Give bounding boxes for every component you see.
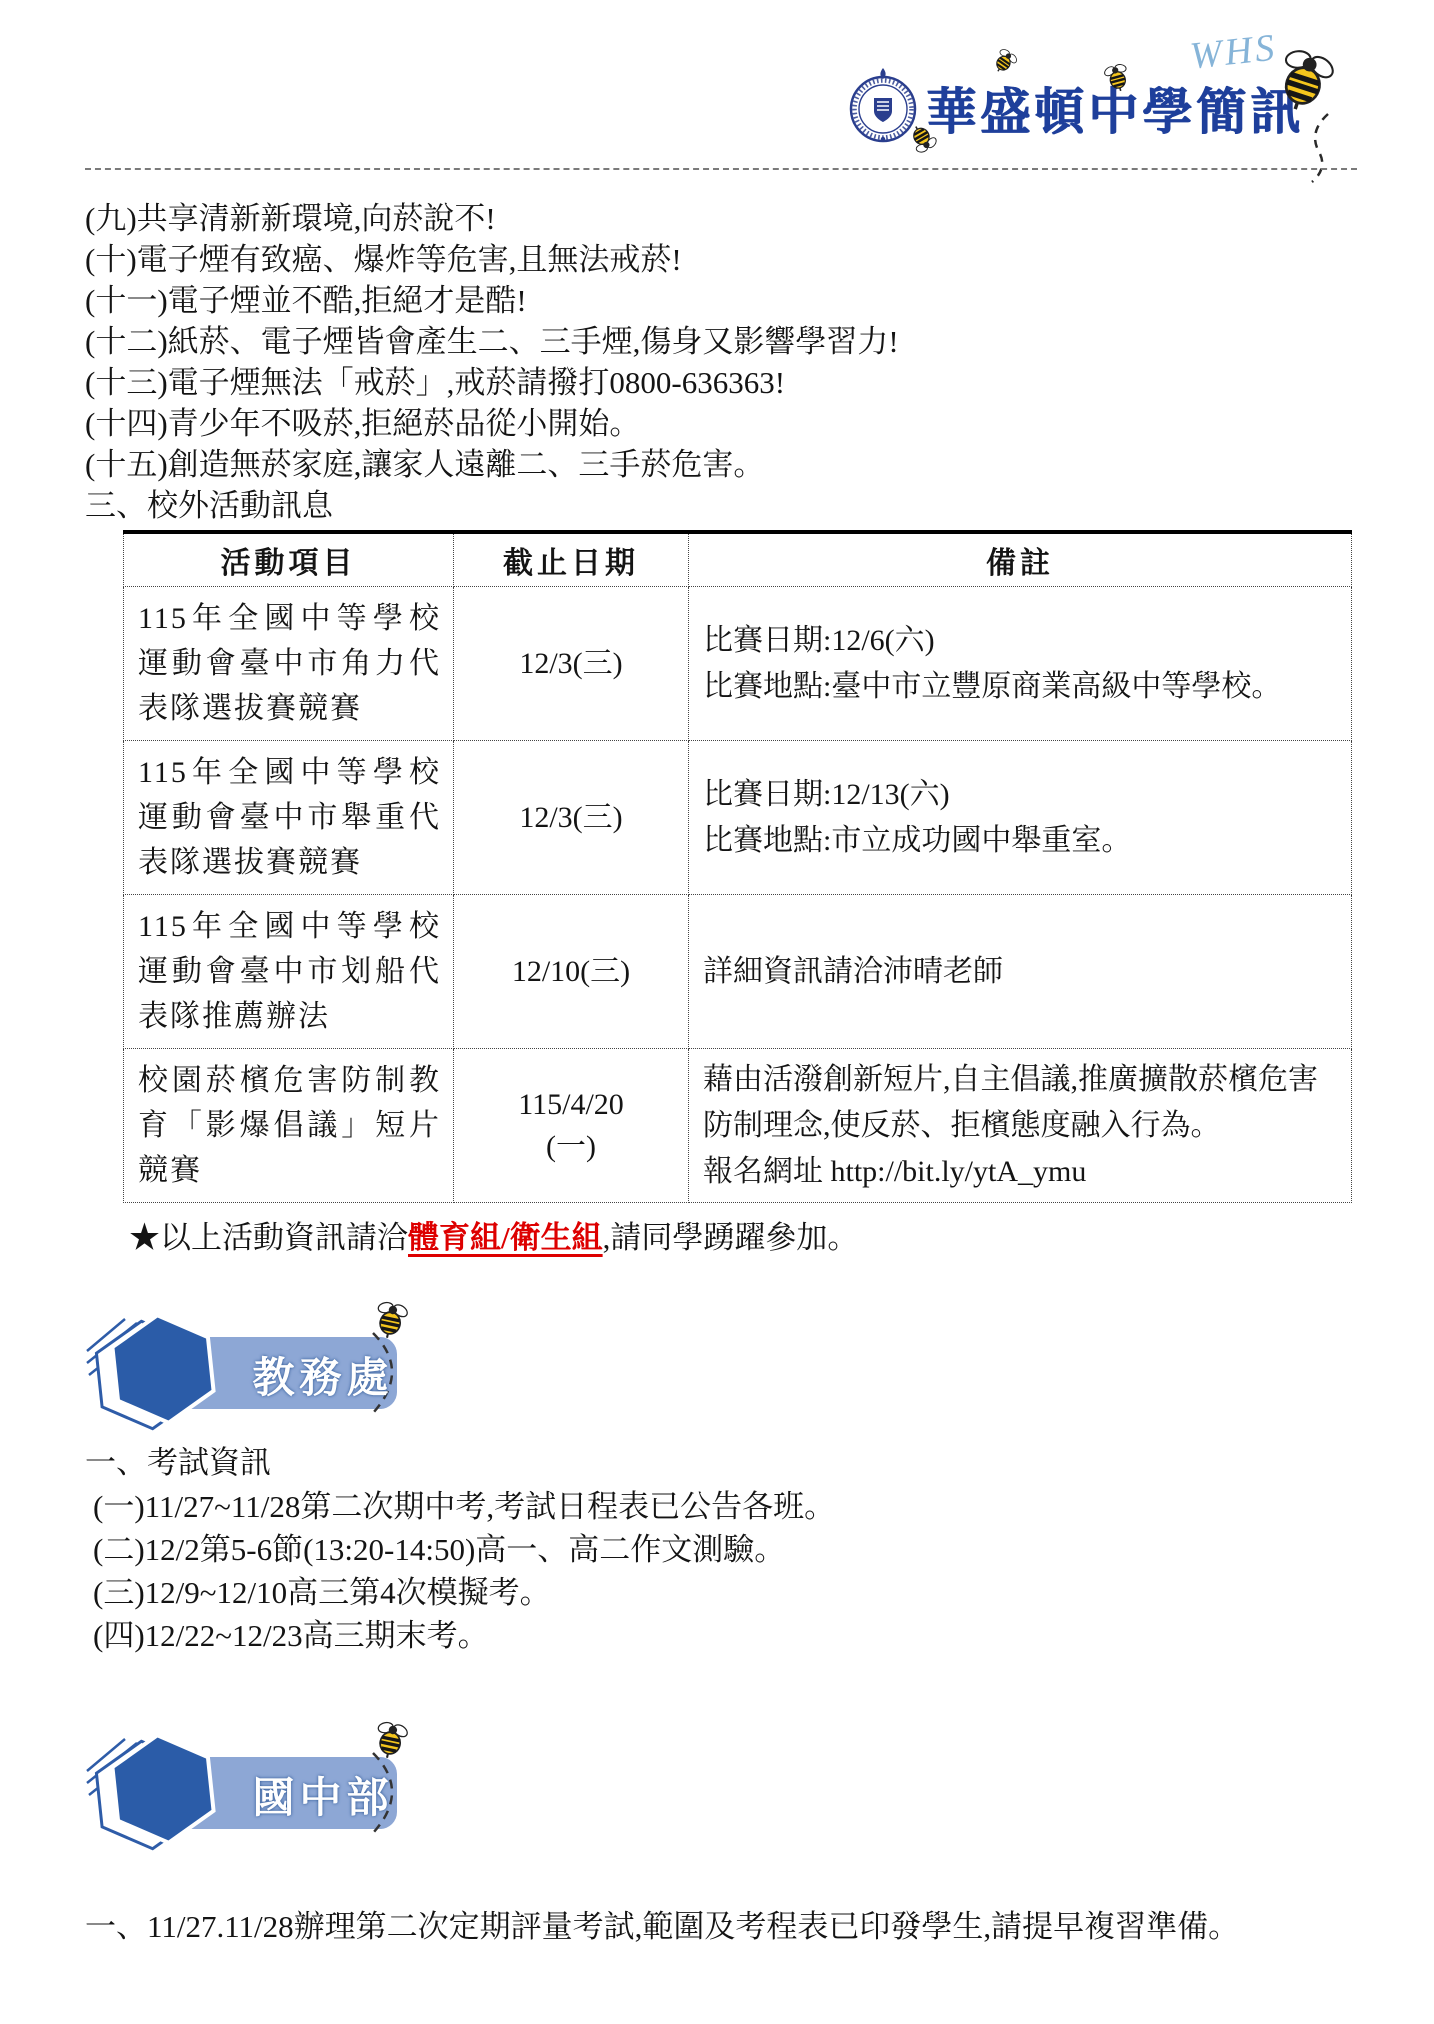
note-line: 比賽日期:12/6(六) [703, 618, 1345, 664]
exam-list: (一)11/27~11/28第二次期中考,考試日程表已公告各班。 (二)12/2… [85, 1485, 1363, 1657]
anti-smoking-item: (九)共享清新新環境,向菸說不! [85, 198, 1363, 239]
anti-smoking-item: (十三)電子煙無法「戒菸」,戒菸請撥打0800-636363! [85, 362, 1363, 403]
star-note: ★以上活動資訊請洽體育組/衛生組,請同學踴躍參加。 [129, 1217, 1363, 1259]
office-badge-junior-high: 國中部 [85, 1731, 430, 1853]
deadline-line: 12/3(三) [456, 643, 686, 685]
exam-item: (二)12/2第5-6節(13:20-14:50)高一、高二作文測驗。 [93, 1528, 1363, 1571]
anti-smoking-item: (十四)青少年不吸菸,拒絕菸品從小開始。 [85, 403, 1363, 444]
activity-name: 115年全國中等學校運動會臺中市舉重代表隊選拔賽競賽 [124, 741, 454, 895]
star-note-prefix: ★以上活動資訊請洽 [129, 1220, 408, 1255]
anti-smoking-list: (九)共享清新新環境,向菸說不! (十)電子煙有致癌、爆炸等危害,且無法戒菸! … [85, 198, 1363, 485]
table-row: 115年全國中等學校運動會臺中市角力代表隊選拔賽競賽 12/3(三) 比賽日期:… [124, 587, 1352, 741]
section-title-exams: 一、考試資訊 [85, 1441, 1363, 1485]
note-line: 詳細資訊請洽沛晴老師 [703, 949, 1345, 995]
bee-icon [367, 1295, 414, 1342]
newsletter-page: 華盛頓中學簡訊 WHS [0, 0, 1434, 2024]
note-line: 報名網址 http://bit.ly/ytA_ymu [703, 1149, 1345, 1195]
anti-smoking-item: (十)電子煙有致癌、爆炸等危害,且無法戒菸! [85, 239, 1363, 280]
table-row: 115年全國中等學校運動會臺中市舉重代表隊選拔賽競賽 12/3(三) 比賽日期:… [124, 741, 1352, 895]
junior-high-item: 一、11/27.11/28辦理第二次定期評量考試,範圍及考程表已印發學生,請提早… [85, 1887, 1273, 1967]
bee-icon [367, 1715, 414, 1762]
badge-label: 國中部 [237, 1765, 409, 1825]
star-note-highlight: 體育組/衛生組 [408, 1220, 603, 1255]
masthead: 華盛頓中學簡訊 WHS [0, 0, 1434, 190]
deadline-line: 12/10(三) [456, 951, 686, 993]
activity-table: 活動項目 截止日期 備註 115年全國中等學校運動會臺中市角力代表隊選拔賽競賽 … [123, 530, 1352, 1203]
col-header-deadline: 截止日期 [454, 532, 689, 587]
note-line: 藉由活潑創新短片,自主倡議,推廣擴散菸檳危害防制理念,使反菸、拒檳態度融入行為。 [703, 1057, 1345, 1149]
badge-label: 教務處 [237, 1345, 409, 1405]
note-line: 比賽地點:市立成功國中舉重室。 [703, 818, 1345, 864]
activity-name: 115年全國中等學校運動會臺中市划船代表隊推薦辦法 [124, 895, 454, 1049]
office-badge-academic-affairs: 教務處 [85, 1311, 430, 1433]
anti-smoking-item: (十五)創造無菸家庭,讓家人遠離二、三手菸危害。 [85, 444, 1363, 485]
activity-deadline: 12/3(三) [454, 587, 689, 741]
star-note-suffix: ,請同學踴躍參加。 [603, 1220, 859, 1255]
exam-item: (三)12/9~12/10高三第4次模擬考。 [93, 1571, 1363, 1614]
anti-smoking-item: (十二)紙菸、電子煙皆會產生二、三手煙,傷身又影響學習力! [85, 321, 1363, 362]
activity-deadline: 115/4/20 (一) [454, 1049, 689, 1203]
exam-item: (四)12/22~12/23高三期末考。 [93, 1614, 1363, 1657]
section-title-activities: 三、校外活動訊息 [85, 485, 1363, 526]
table-row: 115年全國中等學校運動會臺中市划船代表隊推薦辦法 12/10(三) 詳細資訊請… [124, 895, 1352, 1049]
deadline-line: 12/3(三) [456, 797, 686, 839]
bee-flight-trail-icon [1296, 112, 1338, 184]
activity-deadline: 12/3(三) [454, 741, 689, 895]
table-header-row: 活動項目 截止日期 備註 [124, 532, 1352, 587]
activity-name: 115年全國中等學校運動會臺中市角力代表隊選拔賽競賽 [124, 587, 454, 741]
activity-notes: 詳細資訊請洽沛晴老師 [689, 895, 1352, 1049]
anti-smoking-item: (十一)電子煙並不酷,拒絕才是酷! [85, 280, 1363, 321]
activity-notes: 比賽日期:12/13(六) 比賽地點:市立成功國中舉重室。 [689, 741, 1352, 895]
whs-script-label: WHS [1188, 26, 1279, 79]
col-header-activity: 活動項目 [124, 532, 454, 587]
page-content: (九)共享清新新環境,向菸說不! (十)電子煙有致癌、爆炸等危害,且無法戒菸! … [85, 198, 1363, 1967]
note-line: 比賽日期:12/13(六) [703, 772, 1345, 818]
activity-deadline: 12/10(三) [454, 895, 689, 1049]
table-row: 校園菸檳危害防制教育「影爆倡議」短片競賽 115/4/20 (一) 藉由活潑創新… [124, 1049, 1352, 1203]
col-header-notes: 備註 [689, 532, 1352, 587]
deadline-line: (一) [456, 1126, 686, 1168]
activity-name: 校園菸檳危害防制教育「影爆倡議」短片競賽 [124, 1049, 454, 1203]
note-line: 比賽地點:臺中市立豐原商業高級中等學校。 [703, 664, 1345, 710]
exam-item: (一)11/27~11/28第二次期中考,考試日程表已公告各班。 [93, 1485, 1363, 1528]
deadline-line: 115/4/20 [456, 1084, 686, 1126]
dashed-separator [85, 168, 1357, 170]
activity-notes: 比賽日期:12/6(六) 比賽地點:臺中市立豐原商業高級中等學校。 [689, 587, 1352, 741]
activity-notes: 藉由活潑創新短片,自主倡議,推廣擴散菸檳危害防制理念,使反菸、拒檳態度融入行為。… [689, 1049, 1352, 1203]
